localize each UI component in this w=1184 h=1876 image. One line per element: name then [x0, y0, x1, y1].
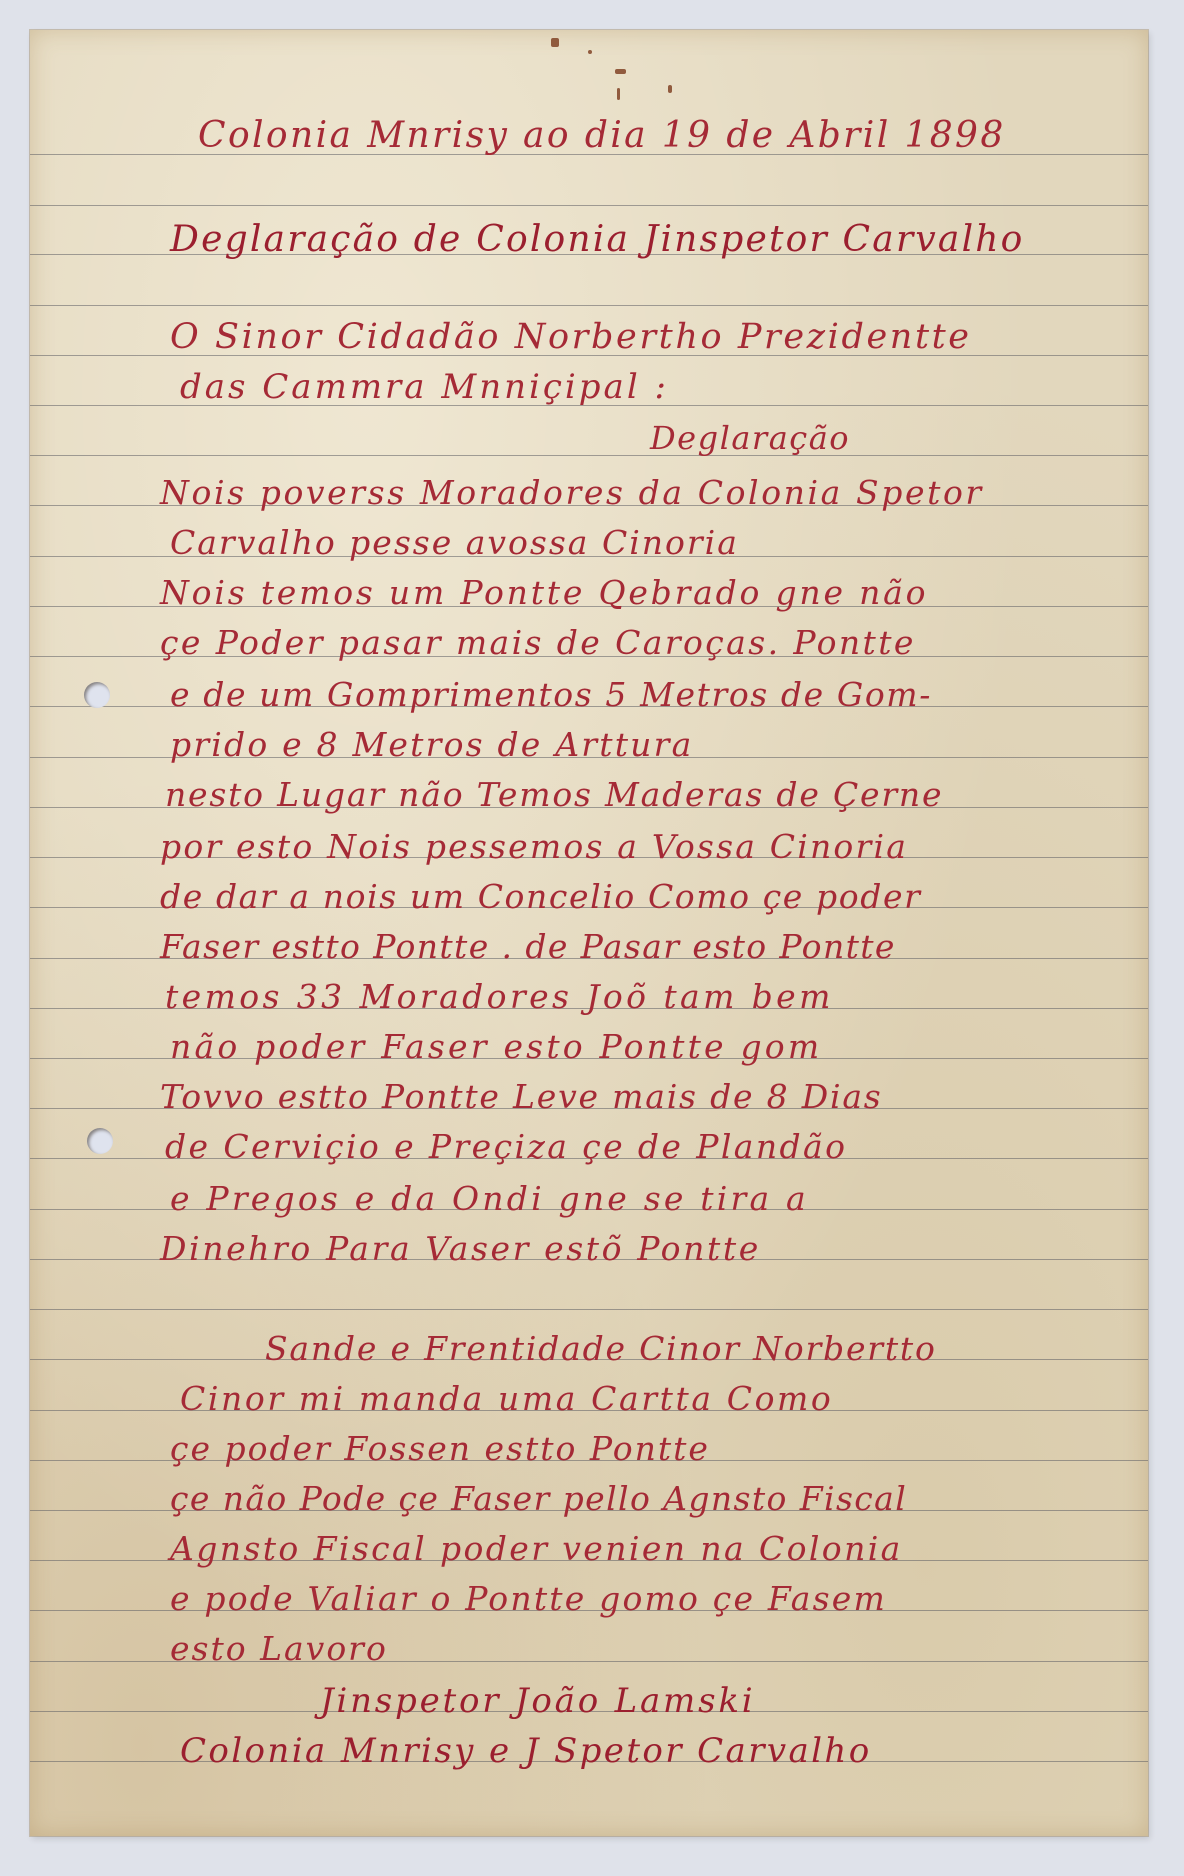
body-line: esto Lavoro: [170, 1632, 388, 1665]
ruled-line: [30, 305, 1148, 306]
section-heading: Deglaração: [650, 422, 850, 454]
body-line: çe não Pode çe Faser pello Agnsto Fiscal: [170, 1482, 907, 1515]
ink-stain: [615, 69, 626, 74]
ink-stain: [551, 38, 559, 47]
signature-colony: Colonia Mnrisy e J Spetor Carvalho: [180, 1734, 872, 1768]
ruled-line: [30, 1309, 1148, 1310]
punch-hole: [87, 1128, 113, 1154]
body-line: Cinor mi manda uma Cartta Como: [180, 1382, 833, 1415]
body-line: e pode Valiar o Pontte gomo çe Fasem: [170, 1582, 887, 1615]
body-line: Sande e Frentidade Cinor Norbertto: [265, 1332, 937, 1365]
body-line: Nois poverss Moradores da Colonia Spetor: [160, 476, 984, 509]
body-line: Carvalho pesse avossa Cinoria: [170, 526, 739, 559]
body-line: não poder Faser esto Pontte gom: [170, 1030, 822, 1063]
body-line: çe Poder pasar mais de Caroças. Pontte: [160, 626, 916, 659]
body-line: Agnsto Fiscal poder venien na Colonia: [170, 1532, 903, 1565]
body-line: por esto Nois pessemos a Vossa Cinoria: [160, 830, 908, 863]
ruled-line: [30, 455, 1148, 456]
ink-stain: [588, 50, 592, 54]
letter-paper: Colonia Mnrisy ao dia 19 de Abril 1898 D…: [30, 30, 1148, 1836]
body-line: nesto Lugar não Temos Maderas de Çerne: [165, 778, 943, 811]
punch-hole: [84, 682, 110, 708]
salutation-line: das Cammra Mnniçipal :: [180, 370, 669, 404]
body-line: çe poder Fossen estto Pontte: [170, 1432, 710, 1465]
body-line: e Pregos e da Ondi gne se tira a: [170, 1182, 809, 1215]
salutation-line: O Sinor Cidadão Norbertho Prezidentte: [170, 320, 972, 355]
body-line: de dar a nois um Concelio Como çe poder: [160, 880, 921, 913]
body-line: e de um Gomprimentos 5 Metros de Gom-: [170, 678, 932, 711]
body-line: Nois temos um Pontte Qebrado gne não: [160, 576, 928, 609]
body-line: temos 33 Moradores Joõ tam bem: [165, 980, 834, 1013]
ruled-line: [30, 205, 1148, 206]
body-line: de Cerviçio e Preçiza çe de Plandão: [165, 1130, 847, 1163]
ink-stain: [668, 85, 672, 93]
body-line: Faser estto Pontte . de Pasar esto Pontt…: [160, 930, 896, 963]
body-line: prido e 8 Metros de Arttura: [170, 728, 693, 761]
body-line: Tovvo estto Pontte Leve mais de 8 Dias: [160, 1080, 883, 1113]
signature-name: Jinspetor João Lamski: [320, 1684, 755, 1718]
body-line: Dinehro Para Vaser estõ Pontte: [160, 1232, 761, 1265]
place-date-line: Colonia Mnrisy ao dia 19 de Abril 1898: [198, 118, 1006, 154]
ink-stain: [617, 88, 620, 100]
document-title: Deglaração de Colonia Jinspetor Carvalho: [170, 222, 1025, 258]
